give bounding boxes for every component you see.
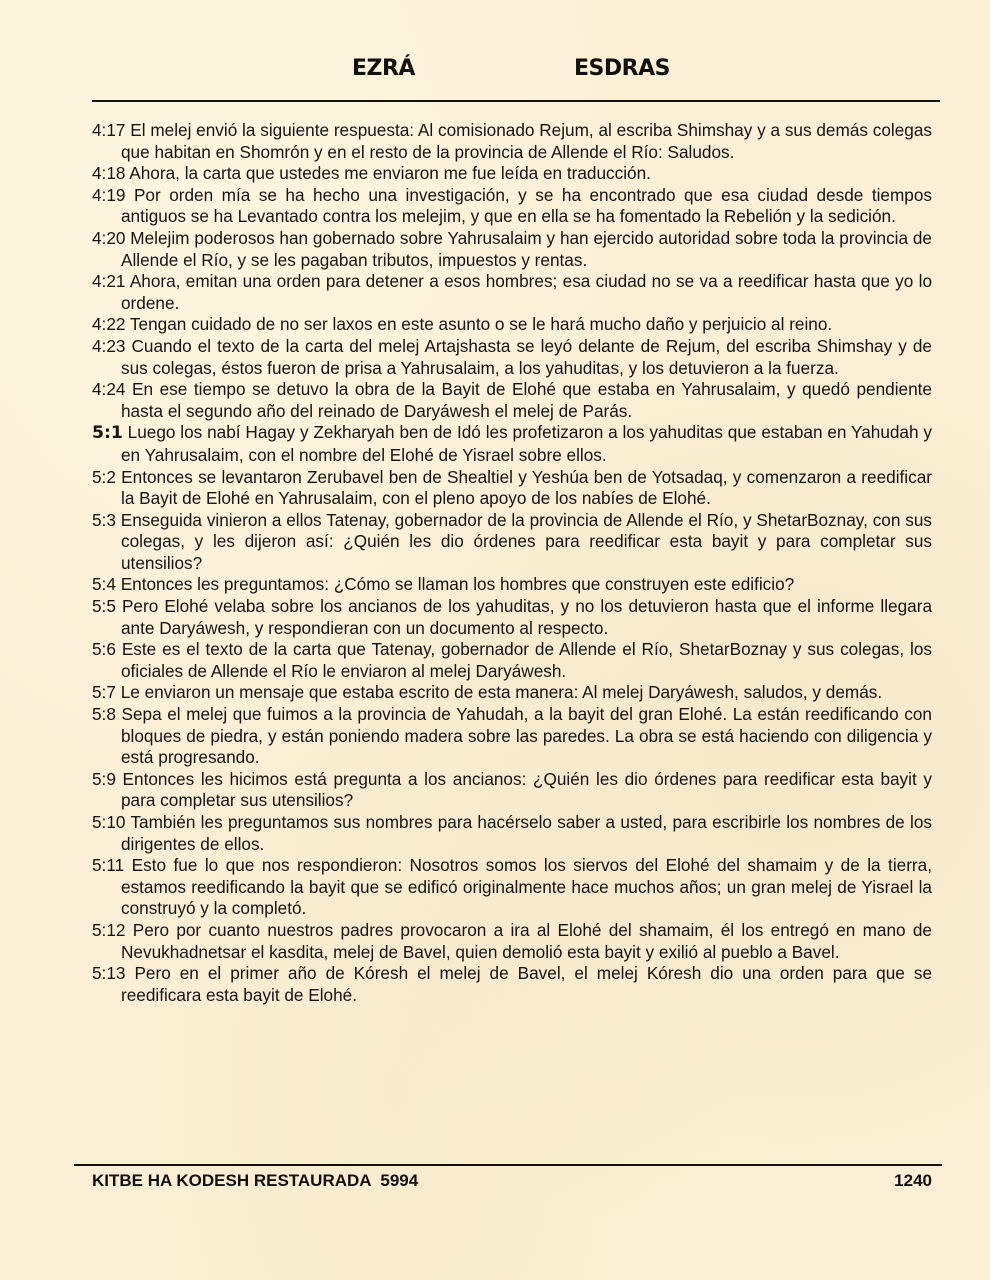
- verse-text: Ahora, la carta que ustedes me enviaron …: [129, 163, 651, 183]
- verse-text: Sepa el melej que fuimos a la provincia …: [121, 704, 932, 767]
- verse-text: Ahora, emitan una orden para detener a e…: [121, 271, 932, 313]
- verse: 4:20 Melejim poderosos han gobernado sob…: [92, 228, 932, 271]
- verse: 5:8 Sepa el melej que fuimos a la provin…: [92, 704, 932, 769]
- footer-divider: [74, 1164, 942, 1166]
- verse-ref: 4:23: [92, 336, 125, 356]
- verse: 5:10 También les preguntamos sus nombres…: [92, 812, 932, 855]
- verse: 4:22 Tengan cuidado de no ser laxos en e…: [92, 314, 932, 336]
- verse-text: También les preguntamos sus nombres para…: [121, 812, 932, 854]
- verse-ref: 5:5: [92, 596, 116, 616]
- verse-text: Esto fue lo que nos respondieron: Nosotr…: [121, 855, 932, 918]
- verse-ref: 4:20: [92, 228, 125, 248]
- verse-text: Luego los nabí Hagay y Zekharyah ben de …: [121, 422, 932, 465]
- verse-text: Melejim poderosos han gobernado sobre Ya…: [121, 228, 932, 270]
- verse-text: Entonces les preguntamos: ¿Cómo se llama…: [121, 574, 795, 594]
- page-header: EZRÁ ESDRAS: [0, 56, 990, 90]
- verse-ref: 4:17: [92, 120, 125, 140]
- verse-text: El melej envió la siguiente respuesta: A…: [121, 120, 932, 162]
- verse-text: En ese tiempo se detuvo la obra de la Ba…: [121, 379, 932, 421]
- verse: 4:24 En ese tiempo se detuvo la obra de …: [92, 379, 932, 422]
- verse: 4:17 El melej envió la siguiente respues…: [92, 120, 932, 163]
- header-title-spanish: ESDRAS: [574, 56, 670, 81]
- verse: 4:19 Por orden mía se ha hecho una inves…: [92, 185, 932, 228]
- verse: 5:6 Este es el texto de la carta que Tat…: [92, 639, 932, 682]
- verse-text: Entonces se levantaron Zerubavel ben de …: [121, 467, 932, 509]
- verse-ref: 5:13: [92, 963, 125, 983]
- verse: 4:23 Cuando el texto de la carta del mel…: [92, 336, 932, 379]
- verse: 5:2 Entonces se levantaron Zerubavel ben…: [92, 467, 932, 510]
- verse: 4:18 Ahora, la carta que ustedes me envi…: [92, 163, 932, 185]
- verse-text: Pero por cuanto nuestros padres provocar…: [121, 920, 932, 962]
- verse: 5:9 Entonces les hicimos está pregunta a…: [92, 769, 932, 812]
- verse-ref: 5:2: [92, 467, 116, 487]
- verse-chapter-start: 5:1 Luego los nabí Hagay y Zekharyah ben…: [92, 422, 932, 466]
- verse-text: Pero Elohé velaba sobre los ancianos de …: [121, 596, 932, 638]
- verse-text: Le enviaron un mensaje que estaba escrit…: [121, 682, 882, 702]
- verse-ref: 4:21: [92, 271, 125, 291]
- verse: 5:5 Pero Elohé velaba sobre los ancianos…: [92, 596, 932, 639]
- verse: 5:3 Enseguida vinieron a ellos Tatenay, …: [92, 510, 932, 575]
- header-divider: [92, 100, 940, 102]
- verse-ref: 5:6: [92, 639, 116, 659]
- verse-ref: 4:22: [92, 314, 125, 334]
- document-page: EZRÁ ESDRAS 4:17 El melej envió la sigui…: [0, 0, 990, 1280]
- verse-ref: 5:12: [92, 920, 125, 940]
- verse: 5:12 Pero por cuanto nuestros padres pro…: [92, 920, 932, 963]
- verse-ref: 5:4: [92, 574, 116, 594]
- verse: 4:21 Ahora, emitan una orden para detene…: [92, 271, 932, 314]
- verse-ref: 4:24: [92, 379, 125, 399]
- verse-ref: 4:19: [92, 185, 125, 205]
- page-number: 1240: [894, 1171, 932, 1191]
- verse: 5:7 Le enviaron un mensaje que estaba es…: [92, 682, 932, 704]
- verse-list: 4:17 El melej envió la siguiente respues…: [92, 120, 932, 1006]
- verse-text: Este es el texto de la carta que Tatenay…: [121, 639, 932, 681]
- verse-ref: 4:18: [92, 163, 125, 183]
- verse: 5:11 Esto fue lo que nos respondieron: N…: [92, 855, 932, 920]
- verse-ref: 5:11: [92, 855, 124, 875]
- verse-ref: 5:7: [92, 682, 116, 702]
- verse-text: Por orden mía se ha hecho una investigac…: [121, 185, 932, 227]
- header-title-hebrew: EZRÁ: [352, 56, 415, 81]
- verse-text: Entonces les hicimos está pregunta a los…: [121, 769, 932, 811]
- verse: 5:13 Pero en el primer año de Kóresh el …: [92, 963, 932, 1006]
- verse-ref: 5:8: [92, 704, 116, 724]
- verse: 5:4 Entonces les preguntamos: ¿Cómo se l…: [92, 574, 932, 596]
- footer-book-title: KITBE HA KODESH RESTAURADA 5994: [92, 1171, 418, 1191]
- verse-text: Pero en el primer año de Kóresh el melej…: [121, 963, 932, 1005]
- verse-ref-chapter: 5:1: [92, 423, 123, 443]
- verse-ref: 5:9: [92, 769, 116, 789]
- verse-text: Cuando el texto de la carta del melej Ar…: [121, 336, 932, 378]
- verse-text: Tengan cuidado de no ser laxos en este a…: [130, 314, 832, 334]
- verse-text: Enseguida vinieron a ellos Tatenay, gobe…: [121, 510, 932, 573]
- verse-ref: 5:10: [92, 812, 125, 832]
- verse-ref: 5:3: [92, 510, 116, 530]
